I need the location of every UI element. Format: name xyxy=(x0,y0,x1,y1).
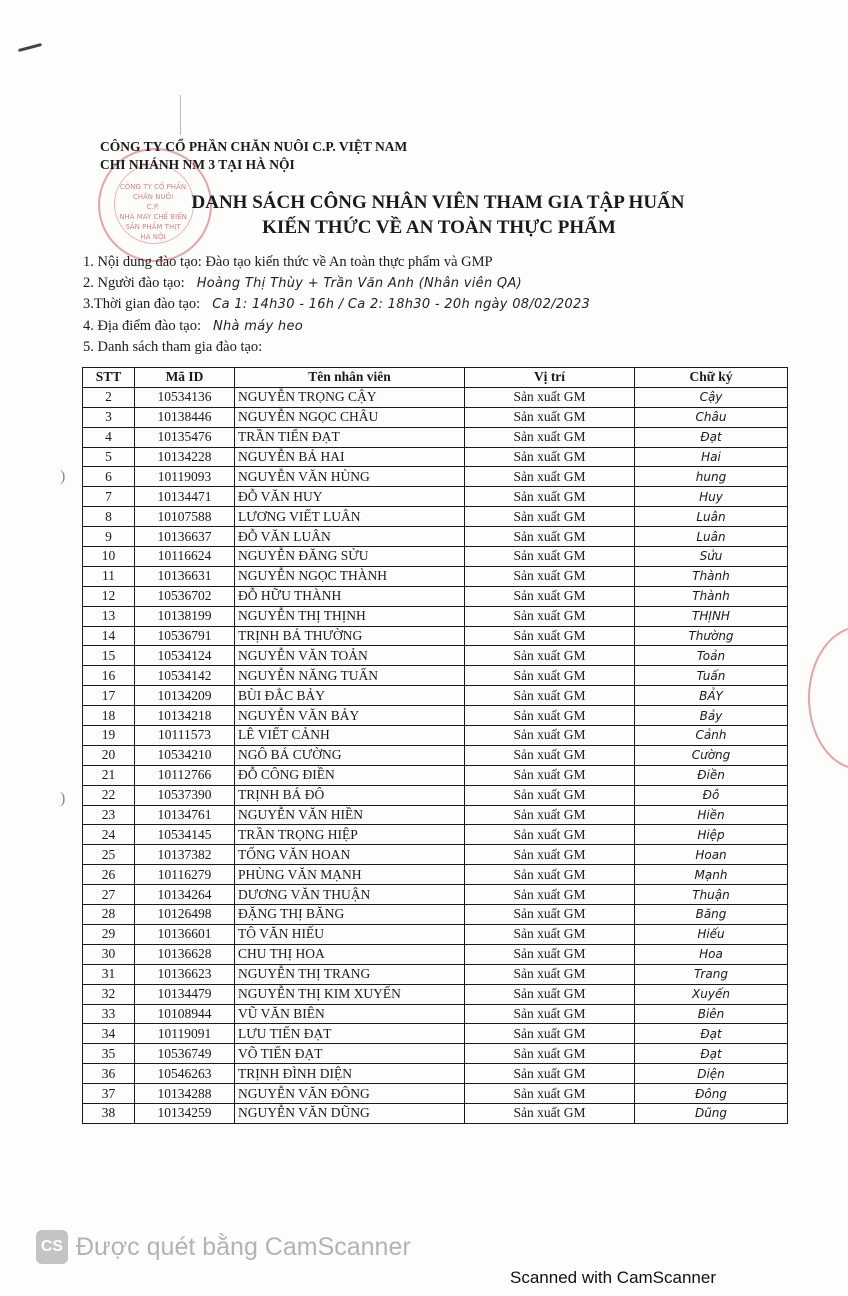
label: 4. Địa điểm đào tạo: xyxy=(83,318,201,334)
cell-name: ĐỖ CÔNG ĐIỀN xyxy=(235,765,465,785)
cell-id: 10134228 xyxy=(135,447,235,467)
cell-id: 10137382 xyxy=(135,845,235,865)
cell-id: 10116624 xyxy=(135,547,235,567)
cell-name: NGUYỄN VĂN HIỀN xyxy=(235,805,465,825)
table-row: 2510137382TỐNG VĂN HOANSản xuất GMHoan xyxy=(83,845,788,865)
cell-position: Sản xuất GM xyxy=(465,487,635,507)
col-name: Tên nhân viên xyxy=(235,368,465,388)
training-time: 3.Thời gian đào tạo:Ca 1: 14h30 - 16h / … xyxy=(83,294,590,316)
table-row: 3610546263TRỊNH ĐÌNH DIỆNSản xuất GMDiện xyxy=(83,1064,788,1084)
cell-stt: 9 xyxy=(83,527,135,547)
cell-stt: 27 xyxy=(83,885,135,905)
margin-mark: ) xyxy=(60,790,65,808)
cell-stt: 36 xyxy=(83,1064,135,1084)
cell-signature: Sửu xyxy=(635,547,788,567)
cell-stt: 26 xyxy=(83,865,135,885)
cell-id: 10119093 xyxy=(135,467,235,487)
cell-id: 10135476 xyxy=(135,427,235,447)
watermark-text: Được quét bằng CamScanner xyxy=(76,1233,411,1262)
cell-stt: 31 xyxy=(83,964,135,984)
cell-stt: 5 xyxy=(83,447,135,467)
cell-name: LƯƠNG VIẾT LUÂN xyxy=(235,507,465,527)
training-place: 4. Địa điểm đào tạo:Nhà máy heo xyxy=(83,316,590,338)
cell-id: 10534136 xyxy=(135,387,235,407)
cell-signature: Tuấn xyxy=(635,666,788,686)
cell-name: NGUYỄN TRỌNG CẬY xyxy=(235,387,465,407)
cell-id: 10108944 xyxy=(135,1004,235,1024)
training-info: 1. Nội dung đào tạo: Đào tạo kiến thức v… xyxy=(83,252,590,358)
cell-id: 10111573 xyxy=(135,726,235,746)
cell-name: TRẦN TRỌNG HIỆP xyxy=(235,825,465,845)
cell-stt: 21 xyxy=(83,765,135,785)
table-row: 3510536749VÕ TIẾN ĐẠTSản xuất GMĐạt xyxy=(83,1044,788,1064)
cell-name: NGUYỄN THỊ TRANG xyxy=(235,964,465,984)
table-row: 2010534210NGÔ BÁ CƯỜNGSản xuất GMCường xyxy=(83,745,788,765)
cell-name: NGUYỄN VĂN DŨNG xyxy=(235,1103,465,1123)
cell-name: CHU THỊ HOA xyxy=(235,944,465,964)
title-line-2: KIẾN THỨC VỀ AN TOÀN THỰC PHẨM xyxy=(30,215,848,240)
col-stt: STT xyxy=(83,368,135,388)
cell-name: NGÔ BÁ CƯỜNG xyxy=(235,745,465,765)
company-name: CÔNG TY CỔ PHẦN CHĂN NUÔI C.P. VIỆT NAM xyxy=(100,138,407,156)
pen-mark xyxy=(18,43,42,52)
table-row: 1010116624NGUYỄN ĐĂNG SỬUSản xuất GMSửu xyxy=(83,547,788,567)
cell-position: Sản xuất GM xyxy=(465,845,635,865)
label: 3.Thời gian đào tạo: xyxy=(83,296,200,312)
cell-position: Sản xuất GM xyxy=(465,467,635,487)
cell-stt: 35 xyxy=(83,1044,135,1064)
cell-name: LÊ VIẾT CẢNH xyxy=(235,726,465,746)
cell-position: Sản xuất GM xyxy=(465,447,635,467)
table-row: 1610534142NGUYỄN NĂNG TUẤNSản xuất GMTuấ… xyxy=(83,666,788,686)
camscanner-watermark: CS Được quét bằng CamScanner xyxy=(36,1230,411,1264)
cell-id: 10134218 xyxy=(135,706,235,726)
table-row: 510134228NGUYỄN BÁ HAISản xuất GMHai xyxy=(83,447,788,467)
cell-name: TRẦN TIẾN ĐẠT xyxy=(235,427,465,447)
cell-name: ĐỖ HỮU THÀNH xyxy=(235,586,465,606)
cell-name: LƯU TIẾN ĐẠT xyxy=(235,1024,465,1044)
table-row: 2110112766ĐỖ CÔNG ĐIỀNSản xuất GMĐiền xyxy=(83,765,788,785)
margin-mark: ) xyxy=(60,468,65,486)
cell-stt: 13 xyxy=(83,606,135,626)
cell-id: 10134471 xyxy=(135,487,235,507)
cell-id: 10534210 xyxy=(135,745,235,765)
cell-stt: 4 xyxy=(83,427,135,447)
col-signature: Chữ ký xyxy=(635,368,788,388)
table-row: 3210134479NGUYỄN THỊ KIM XUYẾNSản xuất G… xyxy=(83,984,788,1004)
cell-signature: Đạt xyxy=(635,1024,788,1044)
cell-signature: Đông xyxy=(635,1084,788,1104)
cell-position: Sản xuất GM xyxy=(465,686,635,706)
cell-name: NGUYỄN ĐĂNG SỬU xyxy=(235,547,465,567)
document-title: DANH SÁCH CÔNG NHÂN VIÊN THAM GIA TẬP HU… xyxy=(0,190,848,240)
table-row: 610119093NGUYỄN VĂN HÙNGSản xuất GMhung xyxy=(83,467,788,487)
cell-position: Sản xuất GM xyxy=(465,1044,635,1064)
cell-stt: 14 xyxy=(83,626,135,646)
handwritten-value: Ca 1: 14h30 - 16h / Ca 2: 18h30 - 20h ng… xyxy=(212,297,590,312)
cell-id: 10136601 xyxy=(135,924,235,944)
cell-signature: Hoa xyxy=(635,944,788,964)
cell-position: Sản xuất GM xyxy=(465,547,635,567)
participant-table: STT Mã ID Tên nhân viên Vị trí Chữ ký 21… xyxy=(82,367,788,1124)
table-row: 910136637ĐỖ VĂN LUÂNSản xuất GMLuân xyxy=(83,527,788,547)
cell-id: 10136623 xyxy=(135,964,235,984)
cell-stt: 7 xyxy=(83,487,135,507)
label: 1. Nội dung đào tạo: xyxy=(83,254,202,270)
cell-signature: Đạt xyxy=(635,427,788,447)
label: 2. Người đào tạo: xyxy=(83,275,185,291)
table-row: 3110136623NGUYỄN THỊ TRANGSản xuất GMTra… xyxy=(83,964,788,984)
table-row: 2710134264DƯƠNG VĂN THUẬNSản xuất GMThuậ… xyxy=(83,885,788,905)
cell-id: 10536749 xyxy=(135,1044,235,1064)
cell-name: NGUYỄN THỊ THỊNH xyxy=(235,606,465,626)
cell-signature: Đạt xyxy=(635,1044,788,1064)
cell-stt: 12 xyxy=(83,586,135,606)
cell-id: 10136628 xyxy=(135,944,235,964)
cell-stt: 16 xyxy=(83,666,135,686)
cell-id: 10534142 xyxy=(135,666,235,686)
table-row: 2310134761NGUYỄN VĂN HIỀNSản xuất GMHiền xyxy=(83,805,788,825)
cell-signature: Diện xyxy=(635,1064,788,1084)
cell-signature: Bảy xyxy=(635,706,788,726)
cell-signature: Luân xyxy=(635,507,788,527)
handwritten-value: Hoàng Thị Thùy + Trần Văn Anh (Nhân viên… xyxy=(197,276,522,291)
cell-position: Sản xuất GM xyxy=(465,944,635,964)
cell-stt: 19 xyxy=(83,726,135,746)
table-row: 1710134209BÙI ĐẮC BẢYSản xuất GMBẢY xyxy=(83,686,788,706)
cell-name: NGUYỄN NĂNG TUẤN xyxy=(235,666,465,686)
cell-signature: Mạnh xyxy=(635,865,788,885)
cell-position: Sản xuất GM xyxy=(465,765,635,785)
cell-stt: 2 xyxy=(83,387,135,407)
cell-stt: 6 xyxy=(83,467,135,487)
cell-name: NGUYỄN NGỌC CHÂU xyxy=(235,407,465,427)
cell-name: NGUYỄN VĂN BẢY xyxy=(235,706,465,726)
table-row: 3810134259NGUYỄN VĂN DŨNGSản xuất GMDũng xyxy=(83,1103,788,1123)
cell-position: Sản xuất GM xyxy=(465,1103,635,1123)
cell-position: Sản xuất GM xyxy=(465,606,635,626)
cell-position: Sản xuất GM xyxy=(465,427,635,447)
cell-name: NGUYỄN NGỌC THÀNH xyxy=(235,566,465,586)
table-row: 310138446NGUYỄN NGỌC CHÂUSản xuất GMChâu xyxy=(83,407,788,427)
training-content: 1. Nội dung đào tạo: Đào tạo kiến thức v… xyxy=(83,252,590,273)
cell-position: Sản xuất GM xyxy=(465,586,635,606)
cell-id: 10134264 xyxy=(135,885,235,905)
table-row: 1810134218NGUYỄN VĂN BẢYSản xuất GMBảy xyxy=(83,706,788,726)
cell-stt: 15 xyxy=(83,646,135,666)
cell-stt: 17 xyxy=(83,686,135,706)
cell-position: Sản xuất GM xyxy=(465,706,635,726)
cell-signature: hung xyxy=(635,467,788,487)
cell-signature: Cảnh xyxy=(635,726,788,746)
cell-signature: Điền xyxy=(635,765,788,785)
table-row: 2610116279PHÙNG VĂN MẠNHSản xuất GMMạnh xyxy=(83,865,788,885)
cell-signature: Biên xyxy=(635,1004,788,1024)
trainer: 2. Người đào tạo:Hoàng Thị Thùy + Trần V… xyxy=(83,273,590,295)
cell-signature: Thành xyxy=(635,566,788,586)
table-row: 1410536791TRỊNH BÁ THƯỜNGSản xuất GMThườ… xyxy=(83,626,788,646)
cell-signature: THỊNH xyxy=(635,606,788,626)
cell-signature: Toản xyxy=(635,646,788,666)
scanned-with-label: Scanned with CamScanner xyxy=(510,1268,716,1288)
cell-stt: 29 xyxy=(83,924,135,944)
cell-stt: 18 xyxy=(83,706,135,726)
table-row: 1510534124NGUYỄN VĂN TOẢNSản xuất GMToản xyxy=(83,646,788,666)
cell-position: Sản xuất GM xyxy=(465,984,635,1004)
table-row: 3710134288NGUYỄN VĂN ĐÔNGSản xuất GMĐông xyxy=(83,1084,788,1104)
table-row: 1310138199NGUYỄN THỊ THỊNHSản xuất GMTHỊ… xyxy=(83,606,788,626)
cell-position: Sản xuất GM xyxy=(465,726,635,746)
cell-position: Sản xuất GM xyxy=(465,626,635,646)
cell-position: Sản xuất GM xyxy=(465,566,635,586)
cell-position: Sản xuất GM xyxy=(465,646,635,666)
cell-position: Sản xuất GM xyxy=(465,885,635,905)
cell-signature: Hiếu xyxy=(635,924,788,944)
cell-id: 10107588 xyxy=(135,507,235,527)
cell-id: 10536791 xyxy=(135,626,235,646)
cell-signature: Hiền xyxy=(635,805,788,825)
cell-name: NGUYỄN VĂN TOẢN xyxy=(235,646,465,666)
table-row: 3310108944VŨ VĂN BIÊNSản xuất GMBiên xyxy=(83,1004,788,1024)
cell-name: DƯƠNG VĂN THUẬN xyxy=(235,885,465,905)
cell-position: Sản xuất GM xyxy=(465,865,635,885)
title-line-1: DANH SÁCH CÔNG NHÂN VIÊN THAM GIA TẬP HU… xyxy=(28,190,848,215)
table-row: 2410534145TRẦN TRỌNG HIỆPSản xuất GMHiệp xyxy=(83,825,788,845)
cell-id: 10134259 xyxy=(135,1103,235,1123)
table-row: 810107588LƯƠNG VIẾT LUÂNSản xuất GMLuân xyxy=(83,507,788,527)
cell-position: Sản xuất GM xyxy=(465,1004,635,1024)
table-row: 1910111573LÊ VIẾT CẢNHSản xuất GMCảnh xyxy=(83,726,788,746)
cell-signature: Cậy xyxy=(635,387,788,407)
cell-name: TRỊNH ĐÌNH DIỆN xyxy=(235,1064,465,1084)
cell-signature: Thường xyxy=(635,626,788,646)
cell-position: Sản xuất GM xyxy=(465,407,635,427)
table-row: 1110136631NGUYỄN NGỌC THÀNHSản xuất GMTh… xyxy=(83,566,788,586)
cell-stt: 34 xyxy=(83,1024,135,1044)
col-position: Vị trí xyxy=(465,368,635,388)
cell-stt: 11 xyxy=(83,566,135,586)
cell-id: 10537390 xyxy=(135,785,235,805)
cell-signature: Trang xyxy=(635,964,788,984)
company-header: CÔNG TY CỔ PHẦN CHĂN NUÔI C.P. VIỆT NAM … xyxy=(100,138,407,174)
cell-stt: 28 xyxy=(83,905,135,925)
table-row: 3410119091LƯU TIẾN ĐẠTSản xuất GMĐạt xyxy=(83,1024,788,1044)
cell-stt: 3 xyxy=(83,407,135,427)
cell-signature: Xuyến xyxy=(635,984,788,1004)
cell-id: 10119091 xyxy=(135,1024,235,1044)
cell-position: Sản xuất GM xyxy=(465,745,635,765)
cell-name: TRỊNH BÁ THƯỜNG xyxy=(235,626,465,646)
cell-name: VŨ VĂN BIÊN xyxy=(235,1004,465,1024)
cell-id: 10134479 xyxy=(135,984,235,1004)
cell-signature: Luân xyxy=(635,527,788,547)
cell-signature: Huy xyxy=(635,487,788,507)
cell-position: Sản xuất GM xyxy=(465,1064,635,1084)
cell-name: NGUYỄN THỊ KIM XUYẾN xyxy=(235,984,465,1004)
cell-stt: 30 xyxy=(83,944,135,964)
cell-signature: Hoan xyxy=(635,845,788,865)
table-row: 2810126498ĐẶNG THỊ BĂNGSản xuất GMBăng xyxy=(83,905,788,925)
cell-signature: Thành xyxy=(635,586,788,606)
table-row: 410135476TRẦN TIẾN ĐẠTSản xuất GMĐạt xyxy=(83,427,788,447)
cell-name: ĐỖ VĂN HUY xyxy=(235,487,465,507)
cell-signature: Hiệp xyxy=(635,825,788,845)
branch-name: CHI NHÁNH NM 3 TẠI HÀ NỘI xyxy=(100,156,407,174)
cell-signature: Cường xyxy=(635,745,788,765)
cell-position: Sản xuất GM xyxy=(465,825,635,845)
cell-id: 10112766 xyxy=(135,765,235,785)
cell-name: PHÙNG VĂN MẠNH xyxy=(235,865,465,885)
cell-position: Sản xuất GM xyxy=(465,1084,635,1104)
cell-signature: Thuận xyxy=(635,885,788,905)
cell-id: 10138199 xyxy=(135,606,235,626)
cell-id: 10536702 xyxy=(135,586,235,606)
col-id: Mã ID xyxy=(135,368,235,388)
cell-stt: 24 xyxy=(83,825,135,845)
cell-stt: 20 xyxy=(83,745,135,765)
table-row: 2910136601TÔ VĂN HIẾUSản xuất GMHiếu xyxy=(83,924,788,944)
cell-stt: 23 xyxy=(83,805,135,825)
participant-list-label: 5. Danh sách tham gia đào tạo: xyxy=(83,337,590,358)
cell-name: BÙI ĐẮC BẢY xyxy=(235,686,465,706)
cell-id: 10134209 xyxy=(135,686,235,706)
cell-id: 10136637 xyxy=(135,527,235,547)
cell-signature: Châu xyxy=(635,407,788,427)
handwritten-value: Nhà máy heo xyxy=(213,319,303,334)
cell-name: TỐNG VĂN HOAN xyxy=(235,845,465,865)
cell-id: 10134761 xyxy=(135,805,235,825)
table-row: 710134471ĐỖ VĂN HUYSản xuất GMHuy xyxy=(83,487,788,507)
cell-id: 10138446 xyxy=(135,407,235,427)
cell-signature: Đô xyxy=(635,785,788,805)
cell-position: Sản xuất GM xyxy=(465,785,635,805)
value: Đào tạo kiến thức về An toàn thực phẩm v… xyxy=(205,254,492,270)
cell-name: TRỊNH BÁ ĐÔ xyxy=(235,785,465,805)
cell-id: 10134288 xyxy=(135,1084,235,1104)
cell-name: NGUYỄN VĂN HÙNG xyxy=(235,467,465,487)
company-stamp-partial xyxy=(808,626,848,770)
cell-name: NGUYỄN VĂN ĐÔNG xyxy=(235,1084,465,1104)
cell-id: 10126498 xyxy=(135,905,235,925)
table-row: 3010136628CHU THỊ HOASản xuất GMHoa xyxy=(83,944,788,964)
cell-position: Sản xuất GM xyxy=(465,905,635,925)
cell-signature: Hai xyxy=(635,447,788,467)
cell-id: 10534145 xyxy=(135,825,235,845)
cell-position: Sản xuất GM xyxy=(465,666,635,686)
cell-stt: 32 xyxy=(83,984,135,1004)
cell-position: Sản xuất GM xyxy=(465,1024,635,1044)
cell-signature: Băng xyxy=(635,905,788,925)
cell-position: Sản xuất GM xyxy=(465,387,635,407)
cell-stt: 22 xyxy=(83,785,135,805)
cell-id: 10116279 xyxy=(135,865,235,885)
cell-position: Sản xuất GM xyxy=(465,527,635,547)
table-row: 1210536702ĐỖ HỮU THÀNHSản xuất GMThành xyxy=(83,586,788,606)
cell-name: VÕ TIẾN ĐẠT xyxy=(235,1044,465,1064)
cell-id: 10546263 xyxy=(135,1064,235,1084)
cell-name: TÔ VĂN HIẾU xyxy=(235,924,465,944)
scan-line xyxy=(180,95,181,135)
cell-stt: 8 xyxy=(83,507,135,527)
cell-name: NGUYỄN BÁ HAI xyxy=(235,447,465,467)
camscanner-logo-icon: CS xyxy=(36,1230,68,1264)
cell-signature: Dũng xyxy=(635,1103,788,1123)
cell-position: Sản xuất GM xyxy=(465,805,635,825)
table-row: 2210537390TRỊNH BÁ ĐÔSản xuất GMĐô xyxy=(83,785,788,805)
cell-stt: 33 xyxy=(83,1004,135,1024)
cell-position: Sản xuất GM xyxy=(465,924,635,944)
table-row: 210534136NGUYỄN TRỌNG CẬYSản xuất GMCậy xyxy=(83,387,788,407)
cell-stt: 37 xyxy=(83,1084,135,1104)
cell-stt: 25 xyxy=(83,845,135,865)
table-header: STT Mã ID Tên nhân viên Vị trí Chữ ký xyxy=(83,368,788,388)
cell-name: ĐẶNG THỊ BĂNG xyxy=(235,905,465,925)
cell-stt: 38 xyxy=(83,1103,135,1123)
cell-signature: BẢY xyxy=(635,686,788,706)
cell-position: Sản xuất GM xyxy=(465,507,635,527)
cell-id: 10136631 xyxy=(135,566,235,586)
cell-position: Sản xuất GM xyxy=(465,964,635,984)
cell-id: 10534124 xyxy=(135,646,235,666)
cell-stt: 10 xyxy=(83,547,135,567)
cell-name: ĐỖ VĂN LUÂN xyxy=(235,527,465,547)
